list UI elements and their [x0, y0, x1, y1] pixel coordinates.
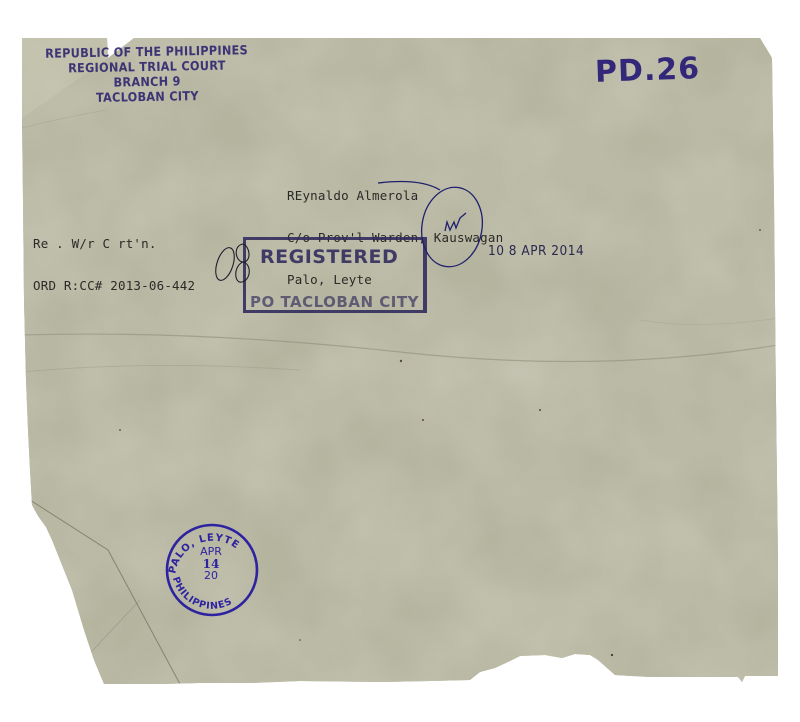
postmark-stamp: APR 14 20 — [165, 524, 257, 616]
registered-city: PO TACLOBAN CITY — [250, 293, 419, 311]
pd-number-stamp: PD.26 — [594, 51, 700, 90]
reference-line-2: ORD R:CC# 2013-06-442 — [33, 279, 195, 293]
court-sender-stamp: REPUBLIC OF THE PHILIPPINES REGIONAL TRI… — [35, 42, 258, 106]
recipient-name: REynaldo Almerola — [287, 189, 503, 203]
reference-line-1: Re . W/r C rt'n. — [33, 237, 195, 251]
registered-stamp: REGISTERED PO TACLOBAN CITY — [243, 237, 427, 313]
envelope: REPUBLIC OF THE PHILIPPINES REGIONAL TRI… — [0, 0, 800, 722]
registered-label: REGISTERED — [260, 246, 398, 268]
reference-block: Re . W/r C rt'n. ORD R:CC# 2013-06-442 — [33, 209, 195, 321]
paper-background — [0, 0, 800, 722]
postmark-year: 20 — [165, 570, 257, 582]
date-stamp: 10 8 APR 2014 — [488, 243, 584, 259]
